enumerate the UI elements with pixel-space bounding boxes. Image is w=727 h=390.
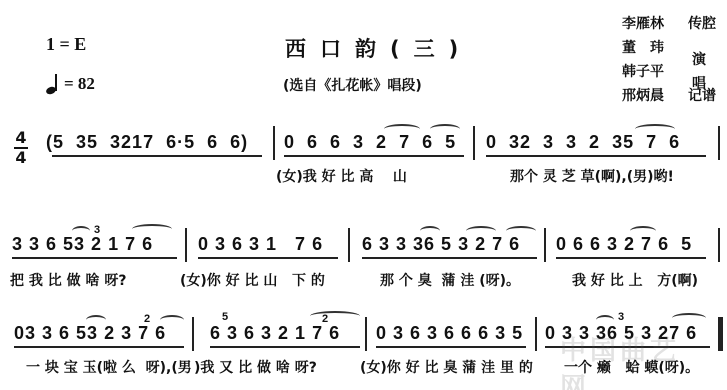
grace-note: 5 <box>222 311 228 323</box>
grace-note: 2 <box>144 313 150 325</box>
lyrics: 我 好 比 上 方(啊) <box>572 270 698 290</box>
grace-note: 3 <box>94 224 100 236</box>
credit-role: 传腔 <box>688 12 716 36</box>
slur <box>430 124 460 134</box>
credit-row: 李雁林 传腔 <box>622 12 716 36</box>
song-subtitle: (选自《扎花帐》唱段) <box>283 75 422 95</box>
barline <box>192 317 194 351</box>
lyrics: 一 块 宝 玉(啦 么 呀),(男 <box>26 357 192 377</box>
beam <box>52 155 262 157</box>
credit-row: 韩子平 演唱 <box>622 60 716 84</box>
credit-role: 演唱 <box>692 48 716 96</box>
key-signature: 1 = E <box>46 34 86 55</box>
slur <box>596 315 614 325</box>
score-line-1: (5 35 3217 6·5 6 6) 0 6 6 3 2 7 6 5 0 32… <box>0 132 727 202</box>
slur <box>132 224 172 234</box>
beam <box>376 346 526 348</box>
measure-notes: 6 3 6 3 2 1 7 6 <box>210 323 340 344</box>
measure-notes: 0 3 6 3 6 6 6 3 5 <box>376 323 523 344</box>
beam <box>362 257 537 259</box>
measure-notes: 0 6 6 3 2 7 6 5 <box>284 132 456 153</box>
score-line-2: 3 3 6 53 2 1 7 6 3 0 3 6 3 1 7 6 6 3 3 3… <box>0 234 727 304</box>
lyrics: (女)你 好 比 山 下 的 <box>180 270 325 290</box>
slur <box>672 313 706 323</box>
measure-notes: 3 3 6 53 2 1 7 6 <box>12 234 153 255</box>
barline <box>535 317 537 351</box>
slur <box>72 226 90 236</box>
barline <box>473 126 475 160</box>
slur <box>384 124 420 134</box>
slur <box>635 124 675 134</box>
measure-notes: 0 32 3 3 2 35 7 6 <box>486 132 680 153</box>
lyrics: 把 我 比 做 啥 呀? <box>10 270 127 290</box>
barline <box>365 317 367 351</box>
measure-notes: 03 3 6 53 2 3 7 6 <box>14 323 166 344</box>
grace-note: 3 <box>618 311 624 323</box>
tempo-value: = 82 <box>64 74 95 94</box>
measure-notes: (5 35 3217 6·5 6 6) <box>46 132 248 153</box>
song-title: 西口韵(三) <box>285 33 472 63</box>
beam <box>486 155 706 157</box>
measure-notes: 0 6 6 3 2 7 6 5 <box>556 234 692 255</box>
barline <box>718 126 720 160</box>
slur <box>506 226 536 236</box>
beam <box>284 155 464 157</box>
beam <box>198 257 338 259</box>
slur <box>466 226 496 236</box>
barline <box>185 228 187 262</box>
lyrics: )我 又 比 做 啥 呀? <box>194 357 317 377</box>
barline <box>718 228 720 262</box>
barline <box>544 228 546 262</box>
credits: 李雁林 传腔 董 玮 韩子平 演唱 邢炳晨 记谱 <box>622 12 716 108</box>
barline <box>273 126 275 160</box>
lyrics: 那 个 臭 蒲 洼 (呀)。 <box>380 270 520 290</box>
beam <box>14 346 184 348</box>
beam <box>210 346 360 348</box>
slur <box>630 226 656 236</box>
credit-name: 董 玮 <box>622 36 684 60</box>
tempo-marking: = 82 <box>46 74 95 94</box>
beam <box>556 257 706 259</box>
slur <box>420 226 440 236</box>
credit-name: 李雁林 <box>622 12 684 36</box>
credit-name: 韩子平 <box>622 60 684 84</box>
lyrics: (女)我 好 比 高 山 <box>276 166 407 186</box>
lyrics: 那个 灵 芝 草(啊),(男)哟! <box>510 166 674 186</box>
credit-name: 邢炳晨 <box>622 84 684 108</box>
slur <box>86 315 106 325</box>
measure-notes: 0 3 6 3 1 7 6 <box>198 234 323 255</box>
barline <box>348 228 350 262</box>
lyrics: (女)你 好 比 臭 蒲 洼 里 的 <box>360 357 533 377</box>
slur <box>310 311 360 321</box>
measure-notes: 6 3 3 36 5 3 2 7 6 <box>362 234 520 255</box>
final-barline <box>718 317 723 351</box>
quarter-note-icon <box>46 74 60 94</box>
watermark: 中国曲艺网 <box>560 330 700 380</box>
slur <box>160 315 184 325</box>
beam <box>12 257 177 259</box>
